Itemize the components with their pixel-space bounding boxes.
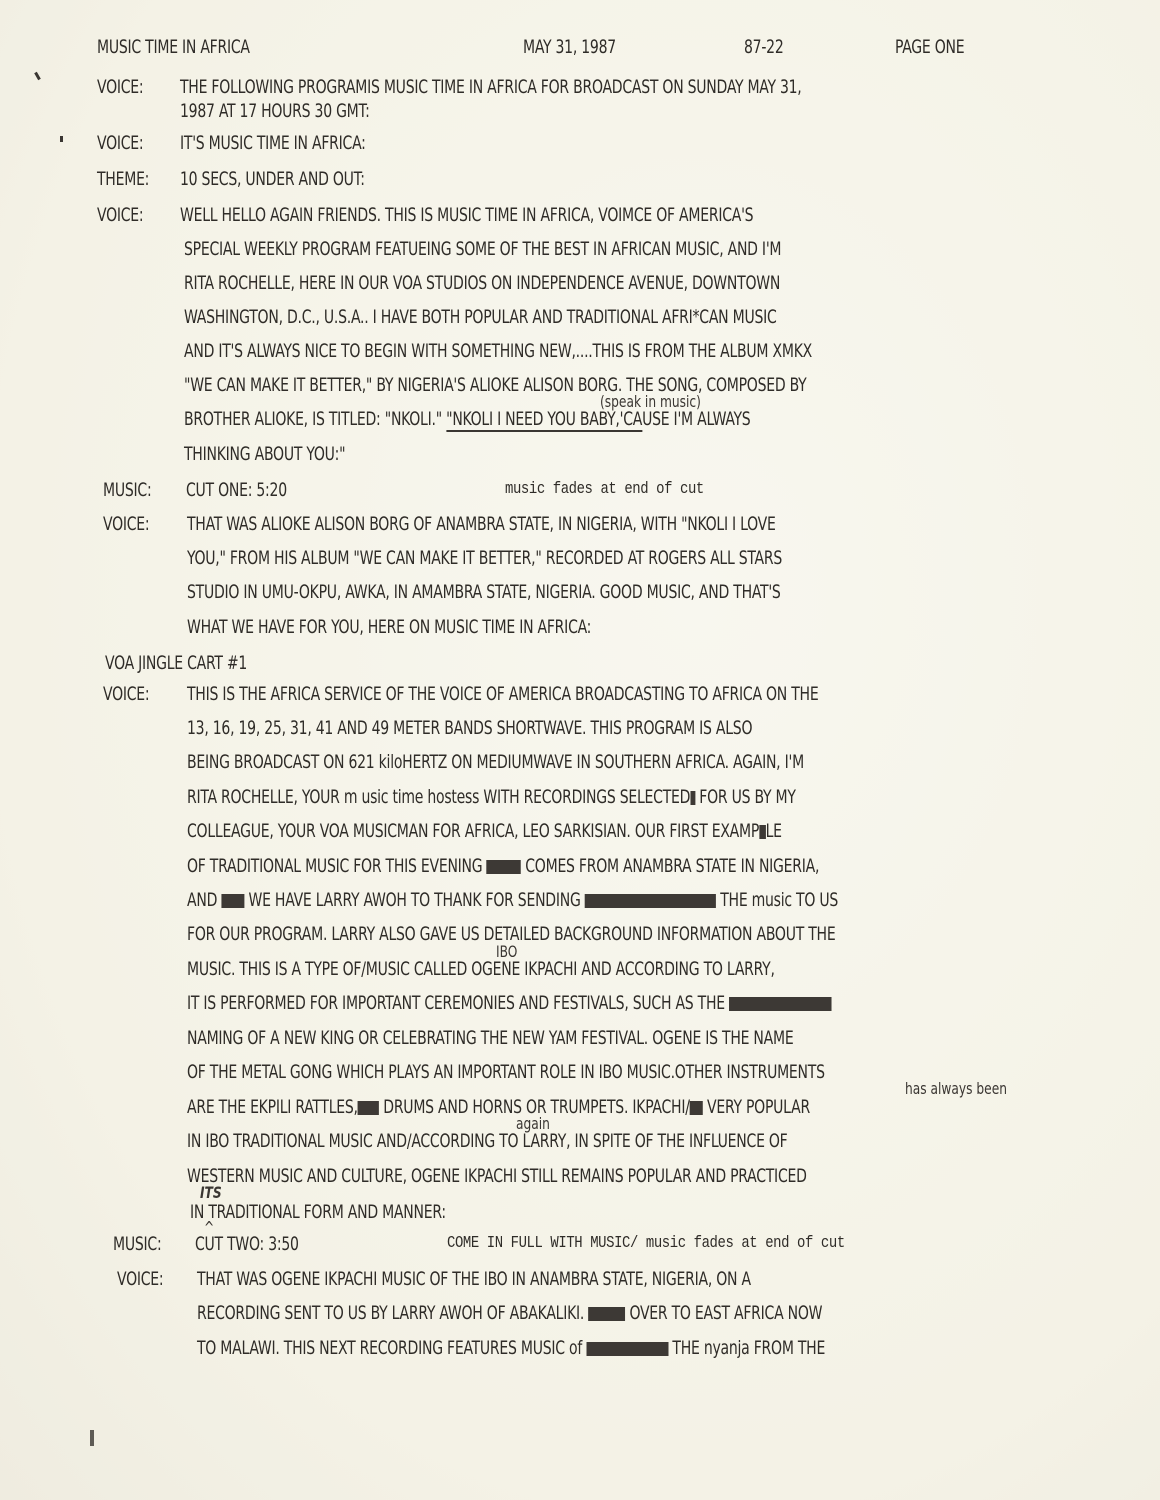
script-line: AND WE HAVE LARRY AWOH TO THANK FOR SEND…: [187, 889, 838, 911]
script-text: COMES FROM ANAMBRA STATE IN NIGERIA,: [521, 855, 819, 877]
script-text: OVER TO EAST AFRICA NOW: [625, 1302, 822, 1324]
strikeout-mark: [586, 1342, 668, 1356]
script-line: RITA ROCHELLE, HERE IN OUR VOA STUDIOS O…: [184, 272, 780, 294]
strikeout-mark: [585, 894, 716, 908]
script-line: WHAT WE HAVE FOR YOU, HERE ON MUSIC TIME…: [187, 616, 591, 638]
script-line: BEING BROADCAST ON 621 kiloHERTZ ON MEDI…: [187, 751, 804, 773]
script-text: LE: [766, 820, 782, 842]
margin-speck: [60, 136, 63, 142]
page-label: PAGE ONE: [895, 36, 964, 58]
cue-label: MUSIC:: [113, 1233, 161, 1255]
strikeout-mark: [358, 1101, 379, 1115]
script-line: WESTERN MUSIC AND CULTURE, OGENE IKPACHI…: [187, 1165, 807, 1187]
script-line: CUT ONE: 5:20: [186, 479, 287, 501]
program-number: 87-22: [744, 36, 784, 58]
script-text: WE HAVE LARRY AWOH TO THANK FOR SENDING: [244, 889, 585, 911]
cue-label: VOICE:: [97, 204, 143, 226]
jingle-cue: VOA JINGLE CART #1: [105, 652, 247, 674]
script-text: VERY POPULAR: [703, 1096, 810, 1118]
script-line: WELL HELLO AGAIN FRIENDS. THIS IS MUSIC …: [180, 204, 753, 226]
strikeout-mark: [690, 1101, 703, 1115]
script-text: RECORDING SENT TO US BY LARRY AWOH OF AB…: [197, 1302, 588, 1324]
script-text: THE nyanja FROM THE: [668, 1337, 825, 1359]
broadcast-date: MAY 31, 1987: [523, 36, 616, 58]
script-line: THE FOLLOWING PROGRAMIS MUSIC TIME IN AF…: [180, 76, 802, 98]
underlined-song-lyric: "NKOLI I NEED YOU BABY,'CA: [446, 408, 642, 432]
music-note: COME IN FULL WITH MUSIC/ music fades at …: [447, 1233, 845, 1255]
script-page: MUSIC TIME IN AFRICA MAY 31, 1987 87-22 …: [0, 0, 1160, 1500]
music-note: music fades at end of cut: [505, 479, 704, 501]
script-text: COLLEAGUE, YOUR VOA MUSICMAN FOR AFRICA,…: [187, 820, 759, 842]
script-text: BROTHER ALIOKE, IS TITLED: "NKOLI.": [184, 408, 446, 430]
script-text: THE music TO US: [716, 889, 838, 911]
cue-label: VOICE:: [97, 76, 143, 98]
script-text: FOR US BY MY: [695, 786, 796, 808]
script-line: RECORDING SENT TO US BY LARRY AWOH OF AB…: [197, 1302, 822, 1324]
strikeout-mark: [487, 860, 521, 874]
script-text: USE I'M ALWAYS: [642, 408, 750, 430]
script-line: ARE THE EKPILI RATTLES, DRUMS AND HORNS …: [187, 1096, 810, 1118]
script-line: IT'S MUSIC TIME IN AFRICA:: [180, 132, 366, 154]
cue-label: VOICE:: [103, 513, 149, 535]
script-line: SPECIAL WEEKLY PROGRAM FEATUEING SOME OF…: [184, 238, 781, 260]
strikeout-mark: [588, 1307, 625, 1321]
script-text: AND: [187, 889, 221, 911]
script-line: STUDIO IN UMU-OKPU, AWKA, IN AMAMBRA STA…: [187, 581, 781, 603]
script-text: IT IS PERFORMED FOR IMPORTANT CEREMONIES…: [187, 992, 729, 1014]
script-line: RITA ROCHELLE, YOUR m usic time hostess …: [187, 786, 796, 808]
strikeout-mark: [221, 894, 244, 908]
script-line: MUSIC. THIS IS A TYPE OF/MUSIC CALLED OG…: [187, 958, 775, 980]
cue-label: VOICE:: [97, 132, 143, 154]
handwritten-note-its: ITS: [200, 1183, 222, 1202]
script-line: WASHINGTON, D.C., U.S.A.. I HAVE BOTH PO…: [184, 306, 777, 328]
script-line: TO MALAWI. THIS NEXT RECORDING FEATURES …: [197, 1337, 825, 1359]
cue-label: MUSIC:: [103, 479, 151, 501]
script-line: THAT WAS OGENE IKPACHI MUSIC OF THE IBO …: [197, 1268, 751, 1290]
script-line: THINKING ABOUT YOU:": [184, 443, 345, 465]
script-line: YOU," FROM HIS ALBUM "WE CAN MAKE IT BET…: [187, 547, 782, 569]
script-line: "WE CAN MAKE IT BETTER," BY NIGERIA'S AL…: [184, 374, 806, 396]
script-line: COLLEAGUE, YOUR VOA MUSICMAN FOR AFRICA,…: [187, 820, 782, 842]
cue-label: VOICE:: [117, 1268, 163, 1290]
script-text: RITA ROCHELLE, YOUR m usic time hostess …: [187, 786, 690, 808]
script-text: TO MALAWI. THIS NEXT RECORDING FEATURES …: [197, 1337, 586, 1359]
script-line: 10 SECS, UNDER AND OUT:: [180, 168, 365, 190]
script-line: AND IT'S ALWAYS NICE TO BEGIN WITH SOMET…: [184, 340, 812, 362]
strikeout-mark: [729, 997, 832, 1011]
program-title: MUSIC TIME IN AFRICA: [97, 36, 250, 58]
script-line: OF TRADITIONAL MUSIC FOR THIS EVENING CO…: [187, 855, 819, 877]
cue-label: THEME:: [97, 168, 149, 190]
script-line: 1987 AT 17 HOURS 30 GMT:: [180, 100, 370, 122]
handwritten-note-has-always-been: has always been: [905, 1079, 1007, 1098]
script-line: NAMING OF A NEW KING OR CELEBRATING THE …: [187, 1027, 793, 1049]
script-line: 13, 16, 19, 25, 31, 41 AND 49 METER BAND…: [187, 717, 752, 739]
margin-speck: [34, 72, 41, 80]
cue-label: VOICE:: [103, 683, 149, 705]
script-line: IT IS PERFORMED FOR IMPORTANT CEREMONIES…: [187, 992, 832, 1014]
script-text: OF TRADITIONAL MUSIC FOR THIS EVENING: [187, 855, 487, 877]
script-line: IN TRADITIONAL FORM AND MANNER:: [190, 1201, 446, 1223]
script-line: BROTHER ALIOKE, IS TITLED: "NKOLI." "NKO…: [184, 408, 750, 430]
script-line: CUT TWO: 3:50: [195, 1233, 299, 1255]
script-line: THIS IS THE AFRICA SERVICE OF THE VOICE …: [187, 683, 818, 705]
script-text: ARE THE EKPILI RATTLES,: [187, 1096, 358, 1118]
margin-speck: [90, 1430, 94, 1446]
script-line: THAT WAS ALIOKE ALISON BORG OF ANAMBRA S…: [187, 513, 776, 535]
script-line: IN IBO TRADITIONAL MUSIC AND/ACCORDING T…: [187, 1130, 787, 1152]
script-line: OF THE METAL GONG WHICH PLAYS AN IMPORTA…: [187, 1061, 825, 1083]
